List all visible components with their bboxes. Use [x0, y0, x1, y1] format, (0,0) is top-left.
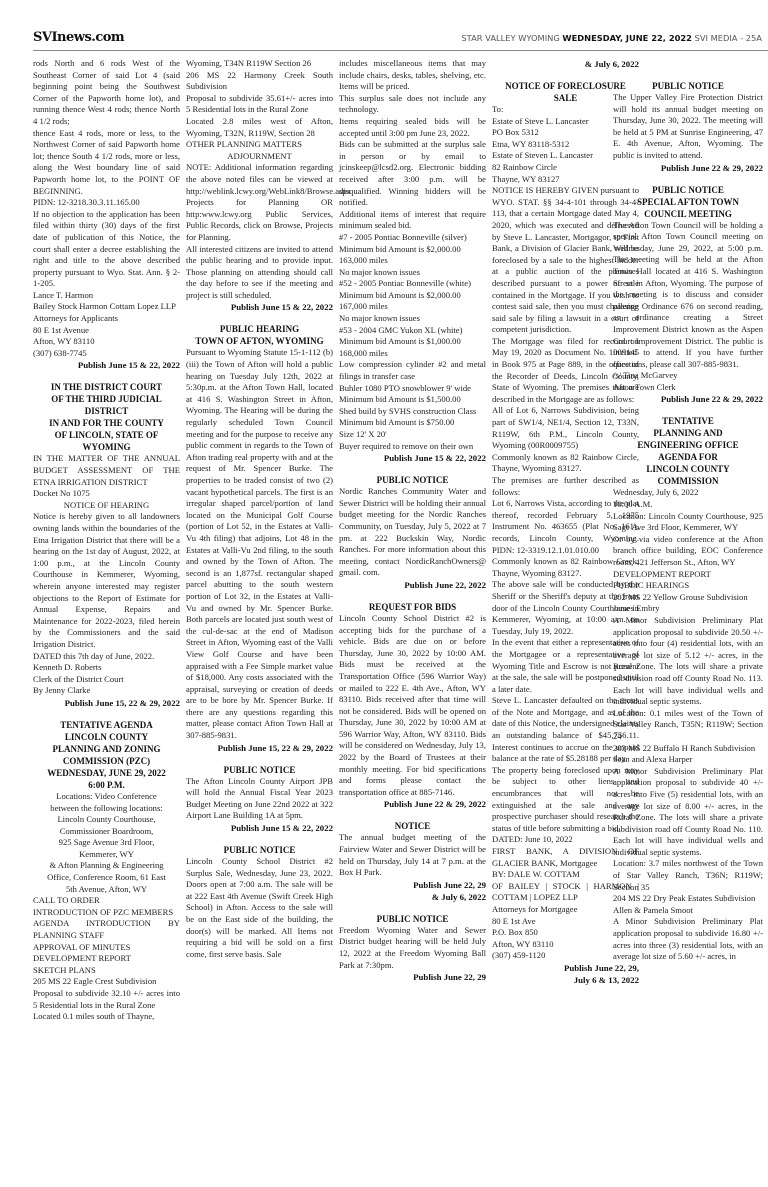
notice-text: Docket No 1075 [33, 488, 180, 500]
dateline-location: STAR VALLEY WYOMING [461, 33, 559, 43]
agenda-item: Proposal to subdivide 35.61+/- acres int… [186, 93, 333, 116]
agenda-item: CALL TO ORDER [33, 895, 180, 907]
notice-subheading: NOTICE OF HEARING [33, 500, 180, 512]
notice-text: All interested citizens are invited to a… [186, 244, 333, 302]
agenda-item: Wednesday, July 6, 2022 [613, 487, 763, 499]
notice-text: Lincoln County School District #2 is acc… [339, 613, 486, 799]
bid-item: Low compression cylinder #2 and metal fi… [339, 359, 486, 382]
heading-line: LINCOLN COUNTY [613, 463, 763, 475]
notice-text: (307) 638-7745 [33, 348, 180, 360]
heading-line: PUBLIC NOTICE [613, 184, 763, 196]
notice-heading: NOTICE [339, 820, 486, 832]
notice-heading: TENTATIVE AGENDA LINCOLN COUNTY PLANNING… [33, 719, 180, 791]
notice-text: Freedom Wyoming Water and Sewer District… [339, 925, 486, 971]
bid-item: Size 12' X 20' [339, 429, 486, 441]
publish-line: & July 6, 2022 [339, 891, 486, 903]
notice-text: Bids can be submitted at the surplus sal… [339, 139, 486, 209]
location-line: & Afton Planning & Engineering [33, 860, 180, 872]
publish-line: Publish June 22, 29, [492, 962, 639, 974]
notice-heading: IN THE DISTRICT COURT OF THE THIRD JUDIC… [33, 381, 180, 453]
notice-text: Lance T. Harmon [33, 290, 180, 302]
agenda-item: A Minor Subdivision Preliminary Plat app… [613, 916, 763, 962]
heading-line: LINCOLN COUNTY [33, 731, 180, 743]
heading-line: OF LINCOLN, STATE OF [33, 429, 180, 441]
notice-text: The Afton Town Council will be holding a… [613, 220, 763, 371]
agenda-item: Location: 3.7 miles northwest of the Tow… [613, 858, 763, 893]
notice-text: By Jenny Clarke [33, 685, 180, 697]
bid-item: #7 - 2005 Pontiac Bonneville (silver) [339, 232, 486, 244]
signature-line: /s/ Tina McGarvey [613, 370, 763, 382]
column-5: PUBLIC NOTICE The Upper Valley Fire Prot… [613, 58, 763, 963]
notice-text: Nordic Ranches Community Water and Sewer… [339, 486, 486, 579]
agenda-item: SKETCH PLANS [33, 965, 180, 977]
notice-text: The Afton Lincoln County Airport JPB wil… [186, 776, 333, 822]
notice-heading: PUBLIC HEARING TOWN OF AFTON, WYOMING [186, 323, 333, 347]
site-name: SVInews.com [33, 30, 124, 45]
heading-line: PLANNING AND ZONING [33, 743, 180, 755]
publish-line: Publish June 22 & 29, 2022 [339, 798, 486, 810]
heading-line: PLANNING AND [613, 427, 763, 439]
notice-heading: PUBLIC NOTICE [339, 913, 486, 925]
heading-line: IN AND FOR THE COUNTY [33, 417, 180, 429]
publish-line: Publish June 15 & 22, 2022 [186, 301, 333, 313]
agenda-item: Or by via video conference at the Afton … [613, 534, 763, 569]
bid-item: 163,000 miles [339, 255, 486, 267]
agenda-item: A Minor Subdivision Preliminary Plat app… [613, 615, 763, 708]
notice-heading: PUBLIC NOTICE [186, 844, 333, 856]
bid-item: Buyer required to remove on their own [339, 441, 486, 453]
notice-text: 80 E 1st Avenue [33, 325, 180, 337]
bid-item: Minimum bid Amount is $750.00 [339, 417, 486, 429]
agenda-item: Located 0.1 miles south of Thayne, [33, 1011, 180, 1023]
bid-item: Minimum bid Amount is $1,000.00 [339, 336, 486, 348]
dateline-section: SVI MEDIA - 25A [695, 33, 762, 43]
publish-line: Publish June 22, 29 [339, 971, 486, 983]
agenda-item: APPROVAL OF MINUTES [33, 942, 180, 954]
agenda-item: Location: 0.1 miles west of the Town of … [613, 708, 763, 743]
bid-item: Minimum bid Amount is $1,500.00 [339, 394, 486, 406]
agenda-item: INTRODUCTION OF PZC MEMBERS [33, 907, 180, 919]
heading-line: TOWN OF AFTON, WYOMING [186, 335, 333, 347]
notice-text: Afton, WY 83110 [33, 336, 180, 348]
notice-heading: PUBLIC NOTICE [613, 80, 763, 92]
notice-text: Lincoln County School District #2 Surplu… [186, 856, 333, 960]
agenda-item: James Embry [613, 603, 763, 615]
heading-line: WYOMING [33, 441, 180, 453]
notice-text: This surplus sale does not include any t… [339, 93, 486, 116]
publish-line: Publish June 22, 29 [339, 879, 486, 891]
notice-text: IN THE MATTER OF THE ANNUAL BUDGET ASSES… [33, 453, 180, 488]
agenda-item: Proposal to subdivide 32.10 +/- acres in… [33, 988, 180, 1011]
notice-text: Clerk of the District Court [33, 674, 180, 686]
bid-item: 168,000 miles [339, 348, 486, 360]
bid-item: #52 - 2005 Pontiac Bonneville (white) [339, 278, 486, 290]
publish-line: Publish June 15 & 22, 2022 [33, 359, 180, 371]
agenda-item: PUBLIC HEARINGS [613, 580, 763, 592]
location-line: 5th Avenue, Afton, WY [33, 884, 180, 896]
agenda-item: 206 MS 22 Harmony Creek South Subdivisio… [186, 70, 333, 93]
heading-line: ENGINEERING OFFICE [613, 439, 763, 451]
agenda-item: Located 2.8 miles west of Afton, Wyoming… [186, 116, 333, 139]
heading-line: TENTATIVE [613, 415, 763, 427]
column-2: Wyoming, T34N R119W Section 26 206 MS 22… [186, 58, 333, 960]
publish-line: Publish June 22 & 29, 2022 [613, 393, 763, 405]
heading-line: SPECIAL AFTON TOWN [613, 196, 763, 208]
notice-text: Pursuant to Wyoming Statute 15-1-112 (b)… [186, 347, 333, 741]
heading-line: COUNCIL MEETING [613, 208, 763, 220]
publish-line: Publish June 22, 2022 [339, 579, 486, 591]
dateline-date: WEDNESDAY, JUNE 22, 2022 [562, 33, 691, 43]
agenda-item: A Minor Subdivision Preliminary Plat app… [613, 766, 763, 859]
heading-line: TENTATIVE AGENDA [33, 719, 180, 731]
publish-line: Publish June 15, 22 & 29, 2022 [186, 742, 333, 754]
bid-item: Shed build by SVHS construction Class [339, 406, 486, 418]
heading-line: OF THE THIRD JUDICIAL [33, 393, 180, 405]
signature-line: Afton Town Clerk [613, 382, 763, 394]
location-line: Commissioner Boardroom, [33, 826, 180, 838]
notice-text: DATED this 7th day of June, 2022. [33, 651, 180, 663]
location-line: Office, Conference Room, 61 East [33, 872, 180, 884]
publish-line: Publish June 15 & 22, 2022 [186, 822, 333, 834]
location-line: between the following locations: [33, 803, 180, 815]
agenda-item: ADJOURNMENT [186, 151, 333, 163]
column-1: rods North and 6 rods West of the Southe… [33, 58, 180, 1023]
column-3: includes miscellaneous items that may in… [339, 58, 486, 983]
agenda-item: Allen & Pamela Smoot [613, 905, 763, 917]
agenda-item: DEVELOPMENT REPORT [33, 953, 180, 965]
heading-line: PUBLIC HEARING [186, 323, 333, 335]
heading-line: 6:00 P.M. [33, 779, 180, 791]
notice-text: rods North and 6 rods West of the Southe… [33, 58, 180, 128]
heading-line: COMMISSION [613, 475, 763, 487]
location-line: Locations: Video Conference [33, 791, 180, 803]
agenda-item: 205 MS 22 Eagle Crest Subdivision [33, 976, 180, 988]
notice-text: If no objection to the application has b… [33, 209, 180, 290]
notice-text: Kenneth D. Roberts [33, 662, 180, 674]
notice-text: Bailey Stock Harmon Cottam Lopez LLP [33, 301, 180, 313]
masthead: SVInews.com STAR VALLEY WYOMING WEDNESDA… [33, 30, 768, 51]
agenda-item: Sean and Alexa Harper [613, 754, 763, 766]
agenda-item: Location: Lincoln County Courthouse, 925… [613, 511, 763, 534]
location-line: Kemmerer, WY [33, 849, 180, 861]
notice-text: Items requiring sealed bids will be acce… [339, 116, 486, 139]
publish-line: Publish June 15, 22 & 29, 2022 [33, 697, 180, 709]
notice-text: The annual budget meeting of the Fairvie… [339, 832, 486, 878]
publish-line: July 6 & 13, 2022 [492, 974, 639, 986]
location-line: Lincoln County Courthouse, [33, 814, 180, 826]
notice-heading: PUBLIC NOTICE SPECIAL AFTON TOWN COUNCIL… [613, 184, 763, 220]
notice-heading: TENTATIVE PLANNING AND ENGINEERING OFFIC… [613, 415, 763, 487]
legal-notices: rods North and 6 rods West of the Southe… [33, 58, 768, 1183]
notice-heading: REQUEST FOR BIDS [339, 601, 486, 613]
agenda-item: 10:00 A.M. [613, 499, 763, 511]
notice-text: The Upper Valley Fire Protection Distric… [613, 92, 763, 162]
bid-item: Buhler 1080 PTO snowblower 9' wide [339, 383, 486, 395]
locations-block: Locations: Video Conference between the … [33, 791, 180, 895]
notice-text: Additional items of interest that requir… [339, 209, 486, 232]
heading-line: IN THE DISTRICT COURT [33, 381, 180, 393]
notice-heading: PUBLIC NOTICE [186, 764, 333, 776]
notice-text: NOTE: Additional information regarding t… [186, 162, 333, 243]
bid-item: #53 - 2004 GMC Yukon XL (white) [339, 325, 486, 337]
agenda-item: Wyoming, T34N R119W Section 26 [186, 58, 333, 70]
bid-item: 167,000 miles [339, 301, 486, 313]
bid-item: No major known issues [339, 313, 486, 325]
notice-text: thence East 4 rods, more or less, to the… [33, 128, 180, 198]
notice-text: Attorneys for Applicants [33, 313, 180, 325]
agenda-item: 204 MS 22 Dry Peak Estates Subdivision [613, 893, 763, 905]
agenda-item: 203 MS 22 Buffalo H Ranch Subdivision [613, 743, 763, 755]
notice-text: PIDN: 12-3218.30.3.11.165.00 [33, 197, 180, 209]
bid-item: No major known issues [339, 267, 486, 279]
location-line: 925 Sage Avenue 3rd Floor, [33, 837, 180, 849]
bid-item: Minimum bid Amount is $2,000.00 [339, 244, 486, 256]
publish-line: Publish June 15 & 22, 2022 [339, 452, 486, 464]
agenda-item: AGENDA INTRODUCTION BY PLANNING STAFF [33, 918, 180, 941]
agenda-item: DEVELOPMENT REPORT [613, 569, 763, 581]
notice-text: includes miscellaneous items that may in… [339, 58, 486, 93]
heading-line: COMMISSION (PZC) [33, 755, 180, 767]
dateline: STAR VALLEY WYOMING WEDNESDAY, JUNE 22, … [461, 33, 762, 43]
notice-text: Notice is hereby given to all landowners… [33, 511, 180, 650]
notice-heading: PUBLIC NOTICE [339, 474, 486, 486]
heading-line: AGENDA FOR [613, 451, 763, 463]
agenda-item: 202 MS 22 Yellow Grouse Subdivision [613, 592, 763, 604]
agenda-item: OTHER PLANNING MATTERS [186, 139, 333, 151]
heading-line: DISTRICT [33, 405, 180, 417]
heading-line: WEDNESDAY, JUNE 29, 2022 [33, 767, 180, 779]
bid-item: Minimum bid Amount is $2,000.00 [339, 290, 486, 302]
publish-line: Publish June 22 & 29, 2022 [613, 162, 763, 174]
